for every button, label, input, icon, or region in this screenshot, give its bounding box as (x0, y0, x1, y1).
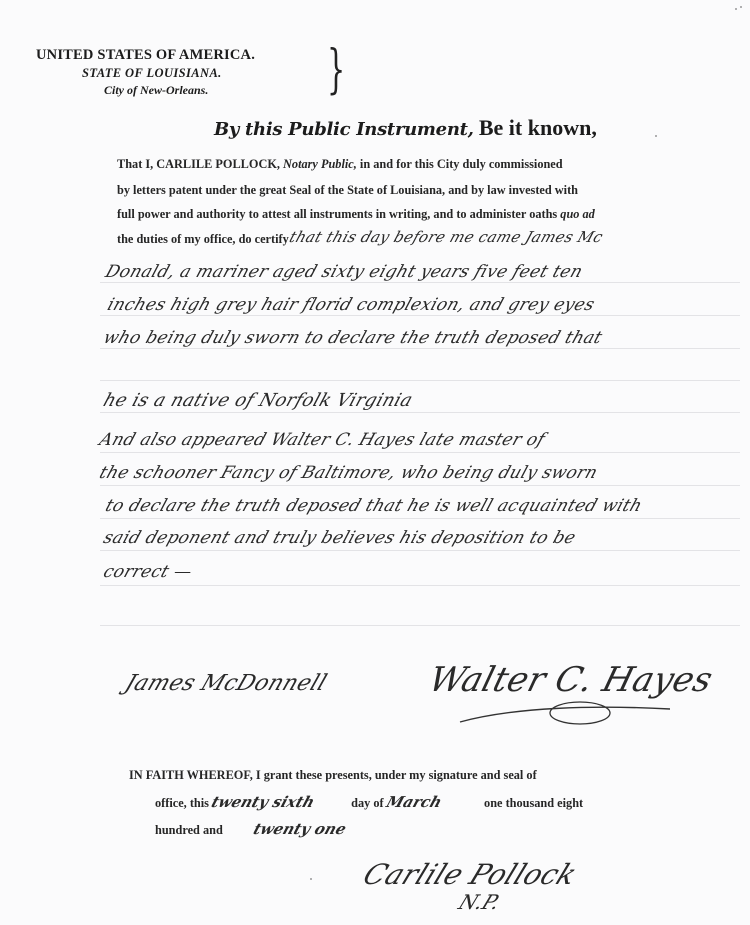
handwritten-line: correct — (101, 562, 195, 582)
paper-speck (655, 135, 657, 137)
ruled-line (100, 348, 740, 349)
handwritten-line: that this day before me came James Mc (287, 228, 605, 246)
ruled-line (100, 550, 740, 551)
ruled-line (100, 585, 740, 586)
in-faith-whereof-label: IN FAITH WHEREOF, (129, 768, 253, 782)
quo-ad-label: quo ad (560, 207, 595, 221)
city-heading: City of New-Orleans. (104, 83, 208, 98)
ruled-line (100, 485, 740, 486)
attestation-text: office, this (155, 796, 212, 810)
brace-icon: } (327, 44, 345, 96)
handwritten-line: he is a native of Norfolk Virginia (101, 390, 416, 411)
year-field: twenty one (251, 820, 348, 838)
handwritten-line: the schooner Fancy of Baltimore, who bei… (97, 463, 600, 483)
notary-signature-suffix: N.P. (455, 890, 504, 914)
handwritten-line: Donald, a mariner aged sixty eight years… (103, 262, 586, 282)
attestation-text: one thousand eight (481, 796, 583, 810)
preamble-text: full power and authority to attest all i… (117, 207, 560, 221)
notary-public-label: Notary Public, (283, 157, 357, 171)
title-known: Be it known, (479, 115, 597, 140)
ruled-line (100, 315, 740, 316)
preamble-text: That I, CARLILE POLLOCK, (117, 157, 283, 171)
ruled-line (100, 625, 740, 626)
attestation-text: day of (348, 796, 387, 810)
day-field: twenty sixth (209, 793, 317, 811)
preamble-line-2: by letters patent under the great Seal o… (117, 183, 578, 198)
deponent-signature: James McDonnell (121, 671, 330, 696)
paper-speck (740, 6, 742, 8)
country-heading: UNITED STATES OF AMERICA. (36, 47, 255, 64)
handwritten-line: inches high grey hair florid complexion,… (105, 295, 597, 315)
witness-signature: Walter C. Hayes (425, 660, 717, 700)
handwritten-line: And also appeared Walter C. Hayes late m… (97, 430, 548, 450)
preamble-line-1: That I, CARLILE POLLOCK, Notary Public, … (117, 157, 563, 172)
notary-signature: Carlile Pollock (358, 858, 582, 891)
notarial-document: UNITED STATES OF AMERICA. STATE OF LOUIS… (0, 0, 750, 925)
handwritten-line: to declare the truth deposed that he is … (103, 496, 645, 516)
handwritten-line: said deponent and truly believes his dep… (101, 528, 579, 548)
ruled-line (100, 452, 740, 453)
paper-speck (735, 8, 737, 10)
state-heading: STATE OF LOUISIANA. (82, 66, 222, 81)
ruled-line (100, 518, 740, 519)
attestation-line-3: hundred and twenty one (155, 820, 346, 838)
month-field: March (384, 793, 444, 811)
ruled-line (100, 380, 740, 381)
preamble-line-4: the duties of my office, do certify (117, 232, 289, 247)
preamble-text: in and for this City duly commissioned (357, 157, 563, 171)
signature-flourish-icon (455, 697, 675, 727)
preamble-line-3: full power and authority to attest all i… (117, 207, 595, 222)
attestation-text: I grant these presents, under my signatu… (253, 768, 537, 782)
handwritten-line: who being duly sworn to declare the trut… (101, 328, 605, 348)
paper-speck (310, 878, 312, 880)
ruled-line (100, 282, 740, 283)
attestation-text: hundred and (155, 823, 226, 837)
ruled-line (100, 412, 740, 413)
document-title: By this Public Instrument, Be it known, (214, 115, 597, 141)
title-gothic: By this Public Instrument, (214, 119, 474, 140)
attestation-line-2: office, this twenty sixth day of March o… (155, 793, 583, 811)
attestation-line-1: IN FAITH WHEREOF, I grant these presents… (129, 768, 537, 783)
